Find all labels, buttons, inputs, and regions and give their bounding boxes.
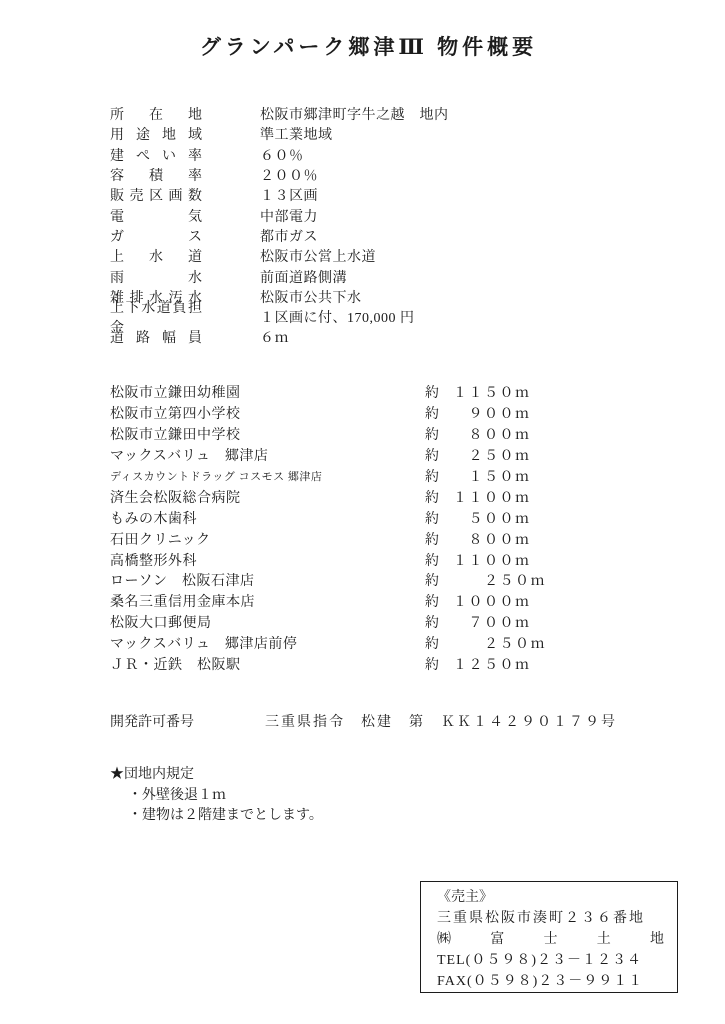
facility-name: ＪＲ・近鉄 松阪駅 [110, 654, 241, 674]
table-row: 建ぺい率 ６０％ [110, 145, 449, 165]
approx-label: 約 [425, 382, 439, 402]
list-item: 桑名三重信用金庫本店 約 １０００ｍ [110, 591, 570, 612]
distance-value: １２５０ｍ [453, 654, 531, 674]
facility-name: 高橋整形外科 [110, 550, 197, 570]
table-row: 用途地域 準工業地域 [110, 124, 449, 144]
list-item: 松阪市立鎌田幼稚園 約 １１５０ｍ [110, 382, 570, 403]
facility-name: 松阪市立鎌田中学校 [110, 424, 241, 444]
permit-label: 開発許可番号 [110, 711, 265, 731]
table-row: 道路幅員 ６ｍ [110, 327, 449, 347]
list-item: ディスカウントドラッグ コスモス 郷津店 約 １５０ｍ [110, 466, 570, 487]
approx-label: 約 [425, 550, 439, 570]
distance-value: ５００ｍ [453, 508, 531, 528]
list-item: マックスバリュ 郷津店 約 ２５０ｍ [110, 445, 570, 466]
list-item: 松阪市立第四小学校 約 ９００ｍ [110, 403, 570, 424]
approx-label: 約 [425, 487, 439, 507]
list-item: 松阪大口郵便局 約 ７００ｍ [110, 612, 570, 633]
facility-name: 松阪市立鎌田幼稚園 [110, 382, 241, 402]
list-item: 済生会松阪総合病院 約 １１００ｍ [110, 486, 570, 507]
approx-label: 約 [425, 633, 439, 653]
facility-name: 桑名三重信用金庫本店 [110, 591, 255, 611]
table-row: 電気 中部電力 [110, 205, 449, 225]
row-label: 容積率 [110, 165, 202, 185]
approx-label: 約 [425, 654, 439, 674]
table-row: 所在地 松阪市郷津町字牛之越 地内 [110, 104, 449, 124]
distance-value: １１００ｍ [453, 487, 531, 507]
facility-name: 石田クリニック [110, 529, 211, 549]
table-row: 上水道 松阪市公営上水道 [110, 246, 449, 266]
table-row: 上下水道負担金 １区画に付、170,000 円 [110, 307, 449, 327]
seller-heading: 《売主》 [437, 887, 664, 908]
distance-value: １１５０ｍ [453, 382, 531, 402]
list-item: ローソン 松阪石津店 約 ２５０ｍ [110, 570, 570, 591]
page-title: グランパーク郷津Ⅲ 物件概要 [6, 31, 725, 61]
list-item: 松阪市立鎌田中学校 約 ８００ｍ [110, 424, 570, 445]
approx-label: 約 [425, 508, 439, 528]
approx-label: 約 [425, 591, 439, 611]
row-value: １３区画 [260, 185, 318, 205]
table-row: 販売区画数 １３区画 [110, 185, 449, 205]
approx-label: 約 [425, 466, 439, 486]
development-permit-row: 開発許可番号 三重県指令 松建 第 ＫＫ１４２９０１７９号 [110, 711, 617, 731]
table-row: ガス 都市ガス [110, 226, 449, 246]
row-label: 販売区画数 [110, 185, 202, 205]
row-value: 都市ガス [260, 226, 318, 246]
row-label: 電気 [110, 206, 202, 226]
list-item: 石田クリニック 約 ８００ｍ [110, 528, 570, 549]
facility-name: 済生会松阪総合病院 [110, 487, 241, 507]
row-value: ２００％ [260, 165, 318, 185]
seller-tel: TEL(０５９８)２３－１２３４ [437, 950, 664, 971]
distance-value: ７００ｍ [453, 612, 531, 632]
list-item: ＪＲ・近鉄 松阪駅 約 １２５０ｍ [110, 654, 570, 675]
facility-name: 松阪大口郵便局 [110, 612, 212, 632]
property-details-table: 所在地 松阪市郷津町字牛之越 地内 用途地域 準工業地域 建ぺい率 ６０％ 容積… [110, 104, 449, 348]
row-value: １区画に付、170,000 円 [260, 307, 415, 327]
regulations-heading: ★団地内規定 [110, 765, 323, 786]
distance-value: ２５０ｍ [453, 570, 546, 590]
approx-label: 約 [425, 570, 439, 590]
facility-name: もみの木歯科 [110, 508, 197, 528]
approx-label: 約 [425, 445, 439, 465]
approx-label: 約 [425, 612, 439, 632]
distance-value: １５０ｍ [453, 466, 531, 486]
distance-value: ８００ｍ [453, 424, 531, 444]
approx-label: 約 [425, 424, 439, 444]
seller-company-name: ㈱富士土地 [437, 929, 664, 950]
row-value: 松阪市公営上水道 [260, 246, 376, 266]
regulation-item: ・外壁後退１ｍ [128, 786, 323, 807]
facility-name: ディスカウントドラッグ コスモス 郷津店 [110, 468, 322, 484]
facility-name: 松阪市立第四小学校 [110, 403, 241, 423]
distance-value: ２５０ｍ [453, 633, 546, 653]
list-item: もみの木歯科 約 ５００ｍ [110, 507, 570, 528]
row-value: ６ｍ [260, 327, 289, 347]
row-label: 上水道 [110, 246, 202, 266]
table-row: 雨水 前面道路側溝 [110, 266, 449, 286]
seller-address: 三重県松阪市湊町２３６番地 [437, 908, 664, 929]
distance-value: １１００ｍ [453, 550, 531, 570]
facility-name: マックスバリュ 郷津店 [110, 445, 268, 465]
row-value: 松阪市郷津町字牛之越 地内 [260, 104, 449, 124]
list-item: マックスバリュ 郷津店前停 約 ２５０ｍ [110, 633, 570, 654]
row-label: 道路幅員 [110, 327, 202, 347]
row-label: 建ぺい率 [110, 145, 202, 165]
distance-list: 松阪市立鎌田幼稚園 約 １１５０ｍ 松阪市立第四小学校 約 ９００ｍ 松阪市立鎌… [110, 382, 570, 674]
distance-value: ８００ｍ [453, 529, 531, 549]
table-row: 容積率 ２００％ [110, 165, 449, 185]
seller-info-box: 《売主》 三重県松阪市湊町２３６番地 ㈱富士土地 TEL(０５９８)２３－１２３… [420, 881, 678, 993]
row-value: ６０％ [260, 145, 304, 165]
row-label: 雨水 [110, 267, 202, 287]
row-label: 所在地 [110, 104, 202, 124]
property-overview-document: グランパーク郷津Ⅲ 物件概要 所在地 松阪市郷津町字牛之越 地内 用途地域 準工… [0, 0, 725, 1024]
permit-number: 三重県指令 松建 第 ＫＫ１４２９０１７９号 [265, 711, 617, 731]
approx-label: 約 [425, 403, 439, 423]
regulation-item: ・建物は２階建までとします。 [128, 806, 323, 827]
row-value: 松阪市公共下水 [260, 287, 362, 307]
distance-value: １０００ｍ [453, 591, 531, 611]
distance-value: ２５０ｍ [453, 445, 531, 465]
distance-value: ９００ｍ [453, 403, 531, 423]
estate-regulations: ★団地内規定 ・外壁後退１ｍ ・建物は２階建までとします。 [110, 765, 323, 827]
row-value: 前面道路側溝 [260, 267, 347, 287]
row-value: 中部電力 [260, 206, 318, 226]
row-label: ガス [110, 226, 202, 246]
facility-name: マックスバリュ 郷津店前停 [110, 633, 297, 653]
facility-name: ローソン 松阪石津店 [110, 570, 254, 590]
row-label: 用途地域 [110, 124, 202, 144]
seller-fax: FAX(０５９８)２３－９９１１ [437, 971, 664, 992]
approx-label: 約 [425, 529, 439, 549]
list-item: 高橋整形外科 約 １１００ｍ [110, 549, 570, 570]
row-value: 準工業地域 [260, 124, 333, 144]
